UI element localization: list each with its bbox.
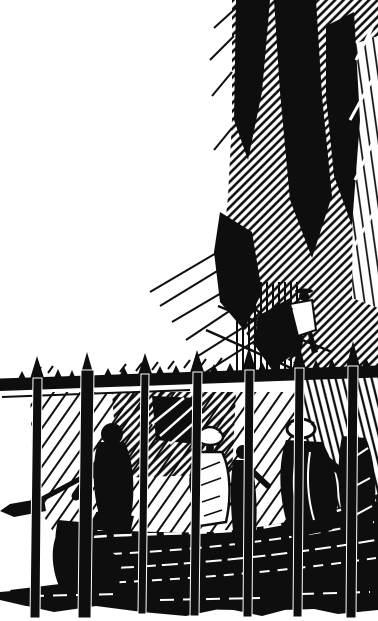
- fence-bar-5: [243, 370, 254, 617]
- boat-railing-cliff-illustration: [0, 0, 378, 621]
- rower-body: [94, 442, 134, 522]
- climber-hat-brim: [295, 289, 313, 294]
- rower-head: [101, 423, 123, 445]
- illustration-page: [0, 0, 378, 621]
- fence-bar-6: [293, 368, 304, 617]
- fence-bar-7: [346, 366, 358, 618]
- helmet-man-face: [206, 444, 214, 452]
- fence-bar-2: [78, 370, 94, 618]
